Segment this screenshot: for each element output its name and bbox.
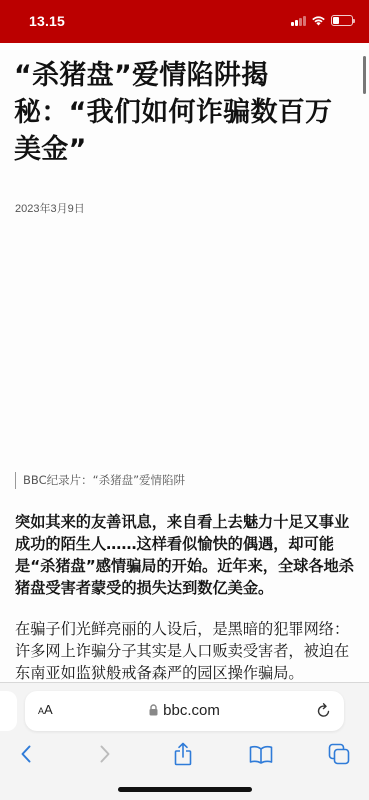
home-indicator[interactable] [118,787,252,792]
tabs-icon [328,743,350,765]
cellular-signal-icon [291,16,306,26]
media-caption: BBC纪录片：“杀猪盘”爱情陷阱 [15,472,185,489]
browser-bottom-bar: AA bbc.com [0,682,369,800]
bookmarks-icon [249,745,273,764]
bookmarks-button[interactable] [246,739,276,769]
reload-icon[interactable] [316,702,332,719]
article-paragraph: 在骗子们光鲜亮丽的人设后，是黑暗的犯罪网络：许多网上诈骗分子其实是人口贩卖受害者… [15,618,355,684]
wifi-icon [311,15,326,26]
article-headline: “杀猪盘”爱情陷阱揭秘：“我们如何诈骗数百万美金” [14,57,334,168]
article-date: 2023年3月9日 [15,200,85,216]
status-icons [291,15,353,26]
video-media-area[interactable] [0,222,369,460]
status-bar: 13.15 [0,0,369,43]
battery-icon [331,15,353,26]
share-icon [174,742,192,766]
share-button[interactable] [168,739,198,769]
back-button[interactable] [11,739,41,769]
forward-button[interactable] [90,739,120,769]
url-text: bbc.com [163,702,220,719]
status-time: 13.15 [29,13,65,29]
back-icon [20,745,32,763]
url-display[interactable]: bbc.com [25,702,344,719]
forward-icon [99,745,111,763]
page-scrollbar[interactable] [363,56,366,94]
address-bar[interactable]: AA bbc.com [25,691,344,731]
browser-toolbar [0,739,369,769]
lock-icon [149,704,158,716]
previous-tab-address-stub[interactable] [0,691,17,731]
article-intro-paragraph: 突如其来的友善讯息，来自看上去魅力十足又事业成功的陌生人……这样看似愉快的偶遇，… [15,511,355,599]
tabs-button[interactable] [324,739,354,769]
